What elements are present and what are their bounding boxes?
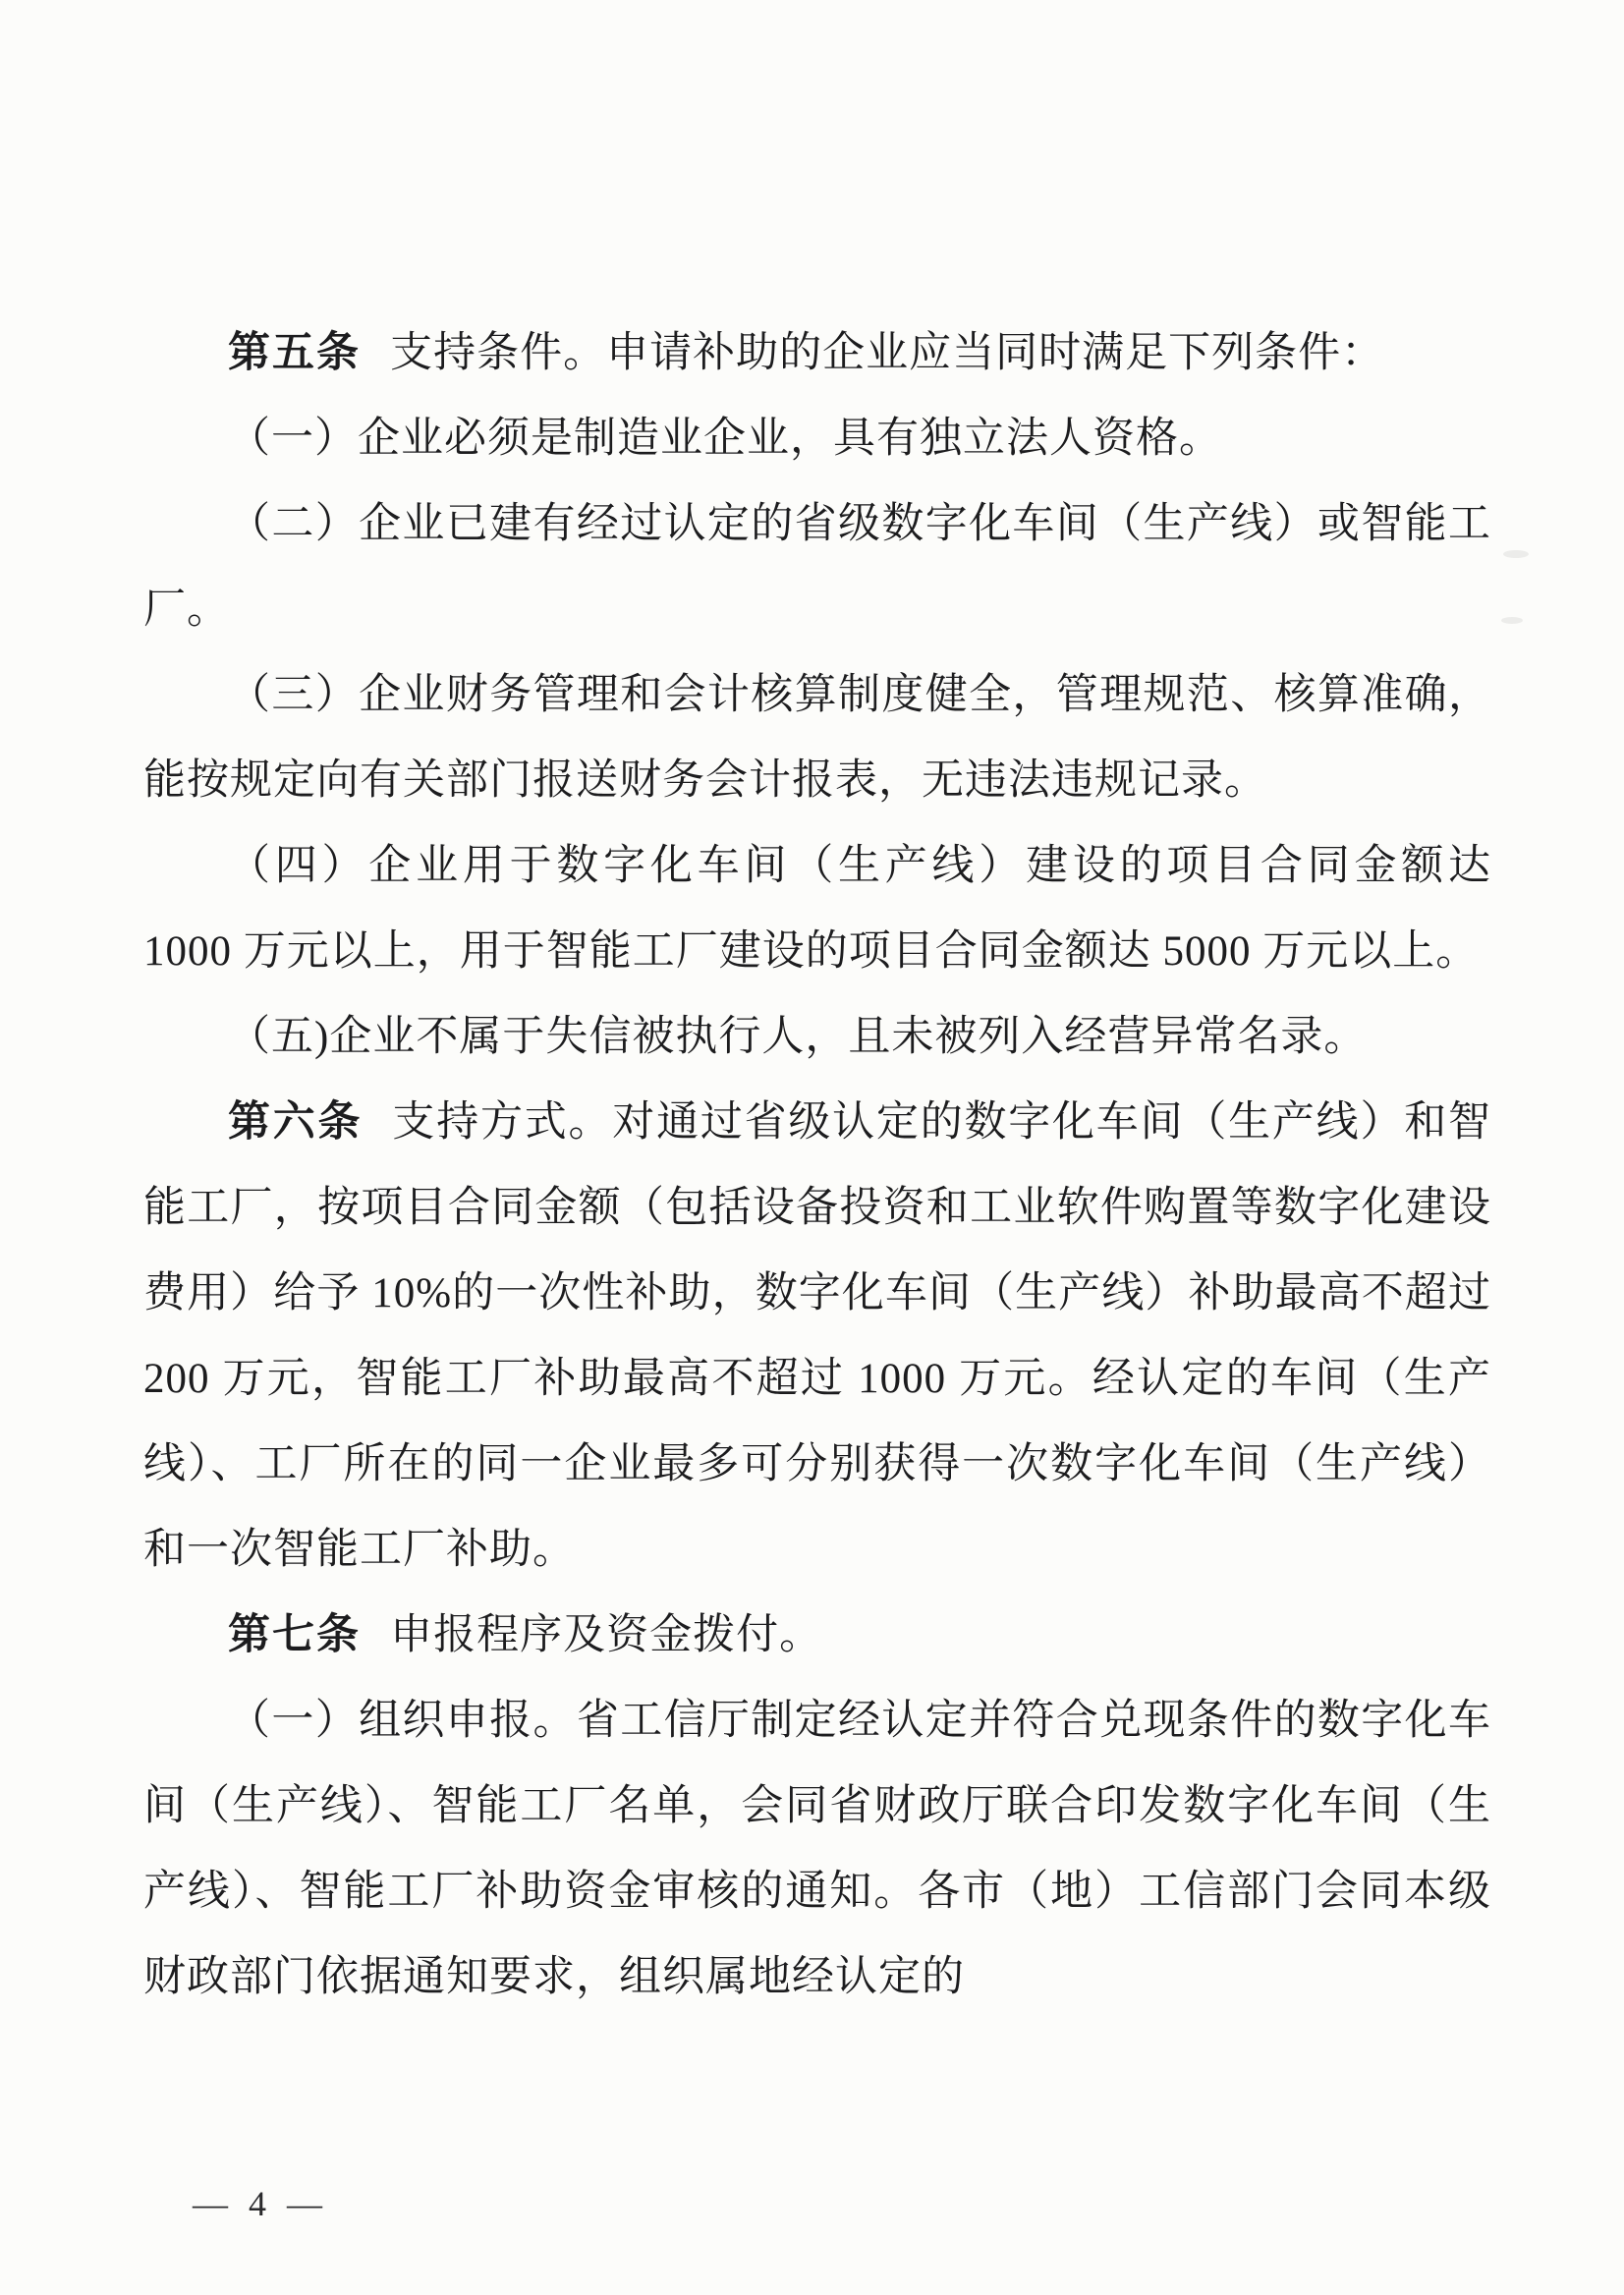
- article-heading: 第六条: [228, 1099, 363, 1146]
- paragraph-text: （四）企业用于数字化车间（生产线）建设的项目合同金额达 1000 万元以上，用于…: [143, 843, 1491, 975]
- paragraph: （一）企业必须是制造业企业，具有独立法人资格。: [143, 396, 1491, 481]
- paragraph: 第七条申报程序及资金拨付。: [143, 1593, 1491, 1678]
- paragraph-text: （三）企业财务管理和会计核算制度健全，管理规范、核算准确，能按规定向有关部门报送…: [143, 672, 1491, 804]
- scan-artifact: [1501, 617, 1523, 624]
- paragraph: （五)企业不属于失信被执行人，且未被列入经营异常名录。: [143, 994, 1491, 1080]
- paragraph-text: （五)企业不属于失信被执行人，且未被列入经营异常名录。: [228, 1014, 1367, 1060]
- paragraph-text: （二）企业已建有经过认定的省级数字化车间（生产线）或智能工厂。: [143, 501, 1491, 633]
- article-heading: 第七条: [228, 1612, 361, 1658]
- page-number: — 4 —: [193, 2183, 328, 2224]
- paragraph: （四）企业用于数字化车间（生产线）建设的项目合同金额达 1000 万元以上，用于…: [143, 823, 1491, 994]
- paragraph-text: （一）企业必须是制造业企业，具有独立法人资格。: [228, 416, 1222, 462]
- paragraph: （一）组织申报。省工信厅制定经认定并符合兑现条件的数字化车间（生产线）、智能工厂…: [143, 1678, 1491, 2020]
- paragraph-text: （一）组织申报。省工信厅制定经认定并符合兑现条件的数字化车间（生产线）、智能工厂…: [143, 1698, 1491, 2000]
- paragraph: （三）企业财务管理和会计核算制度健全，管理规范、核算准确，能按规定向有关部门报送…: [143, 652, 1491, 823]
- paragraph: （二）企业已建有经过认定的省级数字化车间（生产线）或智能工厂。: [143, 481, 1491, 652]
- article-heading: 第五条: [228, 330, 361, 376]
- scan-artifact: [1503, 550, 1529, 558]
- document-body: 第五条支持条件。申请补助的企业应当同时满足下列条件：（一）企业必须是制造业企业，…: [143, 310, 1491, 2020]
- paragraph-text: 支持条件。申请补助的企业应当同时满足下列条件：: [390, 330, 1384, 376]
- paragraph: 第六条支持方式。对通过省级认定的数字化车间（生产线）和智能工厂，按项目合同金额（…: [143, 1080, 1491, 1593]
- paragraph-text: 申报程序及资金拨付。: [390, 1612, 822, 1658]
- scanned-document-page: 第五条支持条件。申请补助的企业应当同时满足下列条件：（一）企业必须是制造业企业，…: [0, 0, 1624, 2295]
- paragraph-text: 支持方式。对通过省级认定的数字化车间（生产线）和智能工厂，按项目合同金额（包括设…: [143, 1099, 1491, 1573]
- paragraph: 第五条支持条件。申请补助的企业应当同时满足下列条件：: [143, 310, 1491, 396]
